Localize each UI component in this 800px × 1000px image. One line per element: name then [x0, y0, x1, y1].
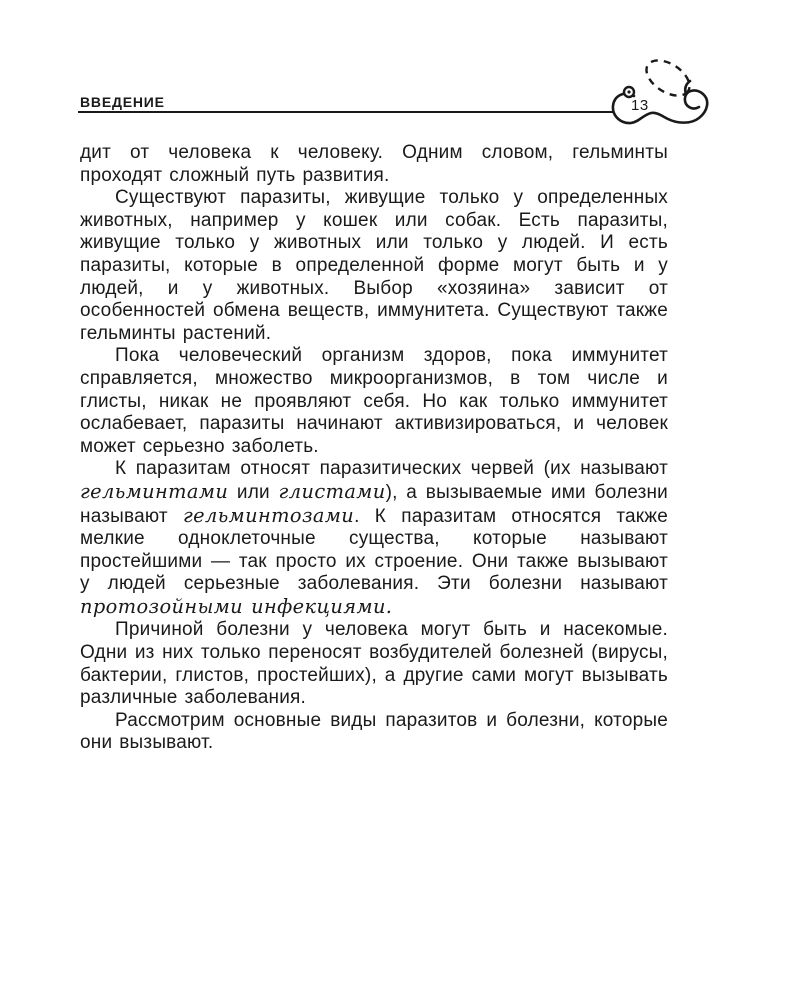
- paragraph-3-text: Пока человеческий организм здоров, пока …: [80, 345, 668, 456]
- paragraph-4-text: или: [228, 482, 278, 503]
- stethoscope-chestpiece-dot: [627, 90, 630, 93]
- paragraph-4: К паразитам относят паразитических черве…: [80, 458, 668, 619]
- term-protozoal-infections: протозойными инфекциями.: [80, 595, 392, 618]
- paragraph-6: Рассмотрим основные виды паразитов и бол…: [80, 710, 668, 755]
- book-page: ВВЕДЕНИЕ 13 дит от человека к человеку. …: [0, 0, 800, 1000]
- paragraph-2-text: Существуют паразиты, живущие только у оп…: [80, 187, 668, 344]
- page-body: дит от человека к человеку. Одним словом…: [80, 142, 668, 755]
- stethoscope-icon: [606, 54, 724, 134]
- header-rule: [78, 111, 648, 113]
- term-glisty: глистами: [279, 480, 386, 503]
- page-number: 13: [631, 97, 649, 114]
- paragraph-2: Существуют паразиты, живущие только у оп…: [80, 187, 668, 345]
- paragraph-6-text: Рассмотрим основные виды паразитов и бол…: [80, 710, 668, 754]
- term-helminthoses: гельминтозами: [183, 504, 354, 527]
- paragraph-4-text: К паразитам относят паразитических черве…: [115, 458, 668, 479]
- paragraph-3: Пока человеческий организм здоров, пока …: [80, 345, 668, 458]
- paragraph-1: дит от человека к человеку. Одним словом…: [80, 142, 668, 187]
- paragraph-5-text: Причиной болезни у человека могут быть и…: [80, 619, 668, 708]
- paragraph-1-text: дит от человека к человеку. Одним словом…: [80, 142, 668, 186]
- running-header-title: ВВЕДЕНИЕ: [80, 94, 165, 110]
- term-helminths: гельминтами: [80, 480, 228, 503]
- paragraph-5: Причиной болезни у человека могут быть и…: [80, 619, 668, 709]
